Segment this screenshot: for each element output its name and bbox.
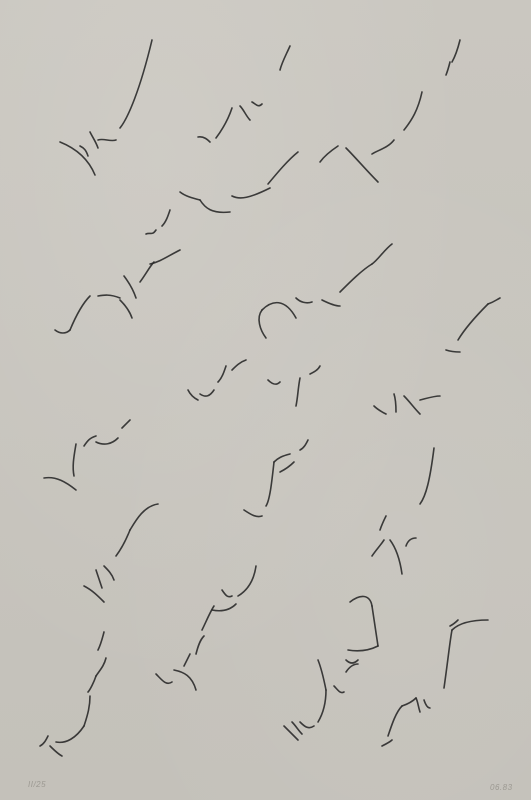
stroke-group-7: [374, 298, 500, 414]
stroke-group-13: [40, 632, 106, 756]
asemic-script-strokes: [0, 0, 531, 800]
stroke-group-8: [44, 420, 130, 490]
date-pencil-mark: 06.83: [490, 783, 513, 792]
edition-pencil-mark: II/25: [28, 780, 46, 789]
stroke-group-1: [60, 40, 152, 175]
stroke-group-6: [188, 360, 320, 406]
stroke-group-12: [156, 566, 256, 690]
stroke-group-10: [84, 504, 158, 602]
stroke-group-3: [180, 40, 460, 212]
stroke-group-15: [346, 596, 488, 746]
stroke-group-11: [372, 448, 434, 574]
stroke-group-4: [55, 210, 180, 333]
stroke-group-2: [198, 46, 290, 142]
stroke-group-9: [244, 440, 308, 517]
stroke-group-14: [284, 660, 358, 740]
paper-sheet: II/25 06.83: [0, 0, 531, 800]
stroke-group-5: [259, 244, 392, 338]
